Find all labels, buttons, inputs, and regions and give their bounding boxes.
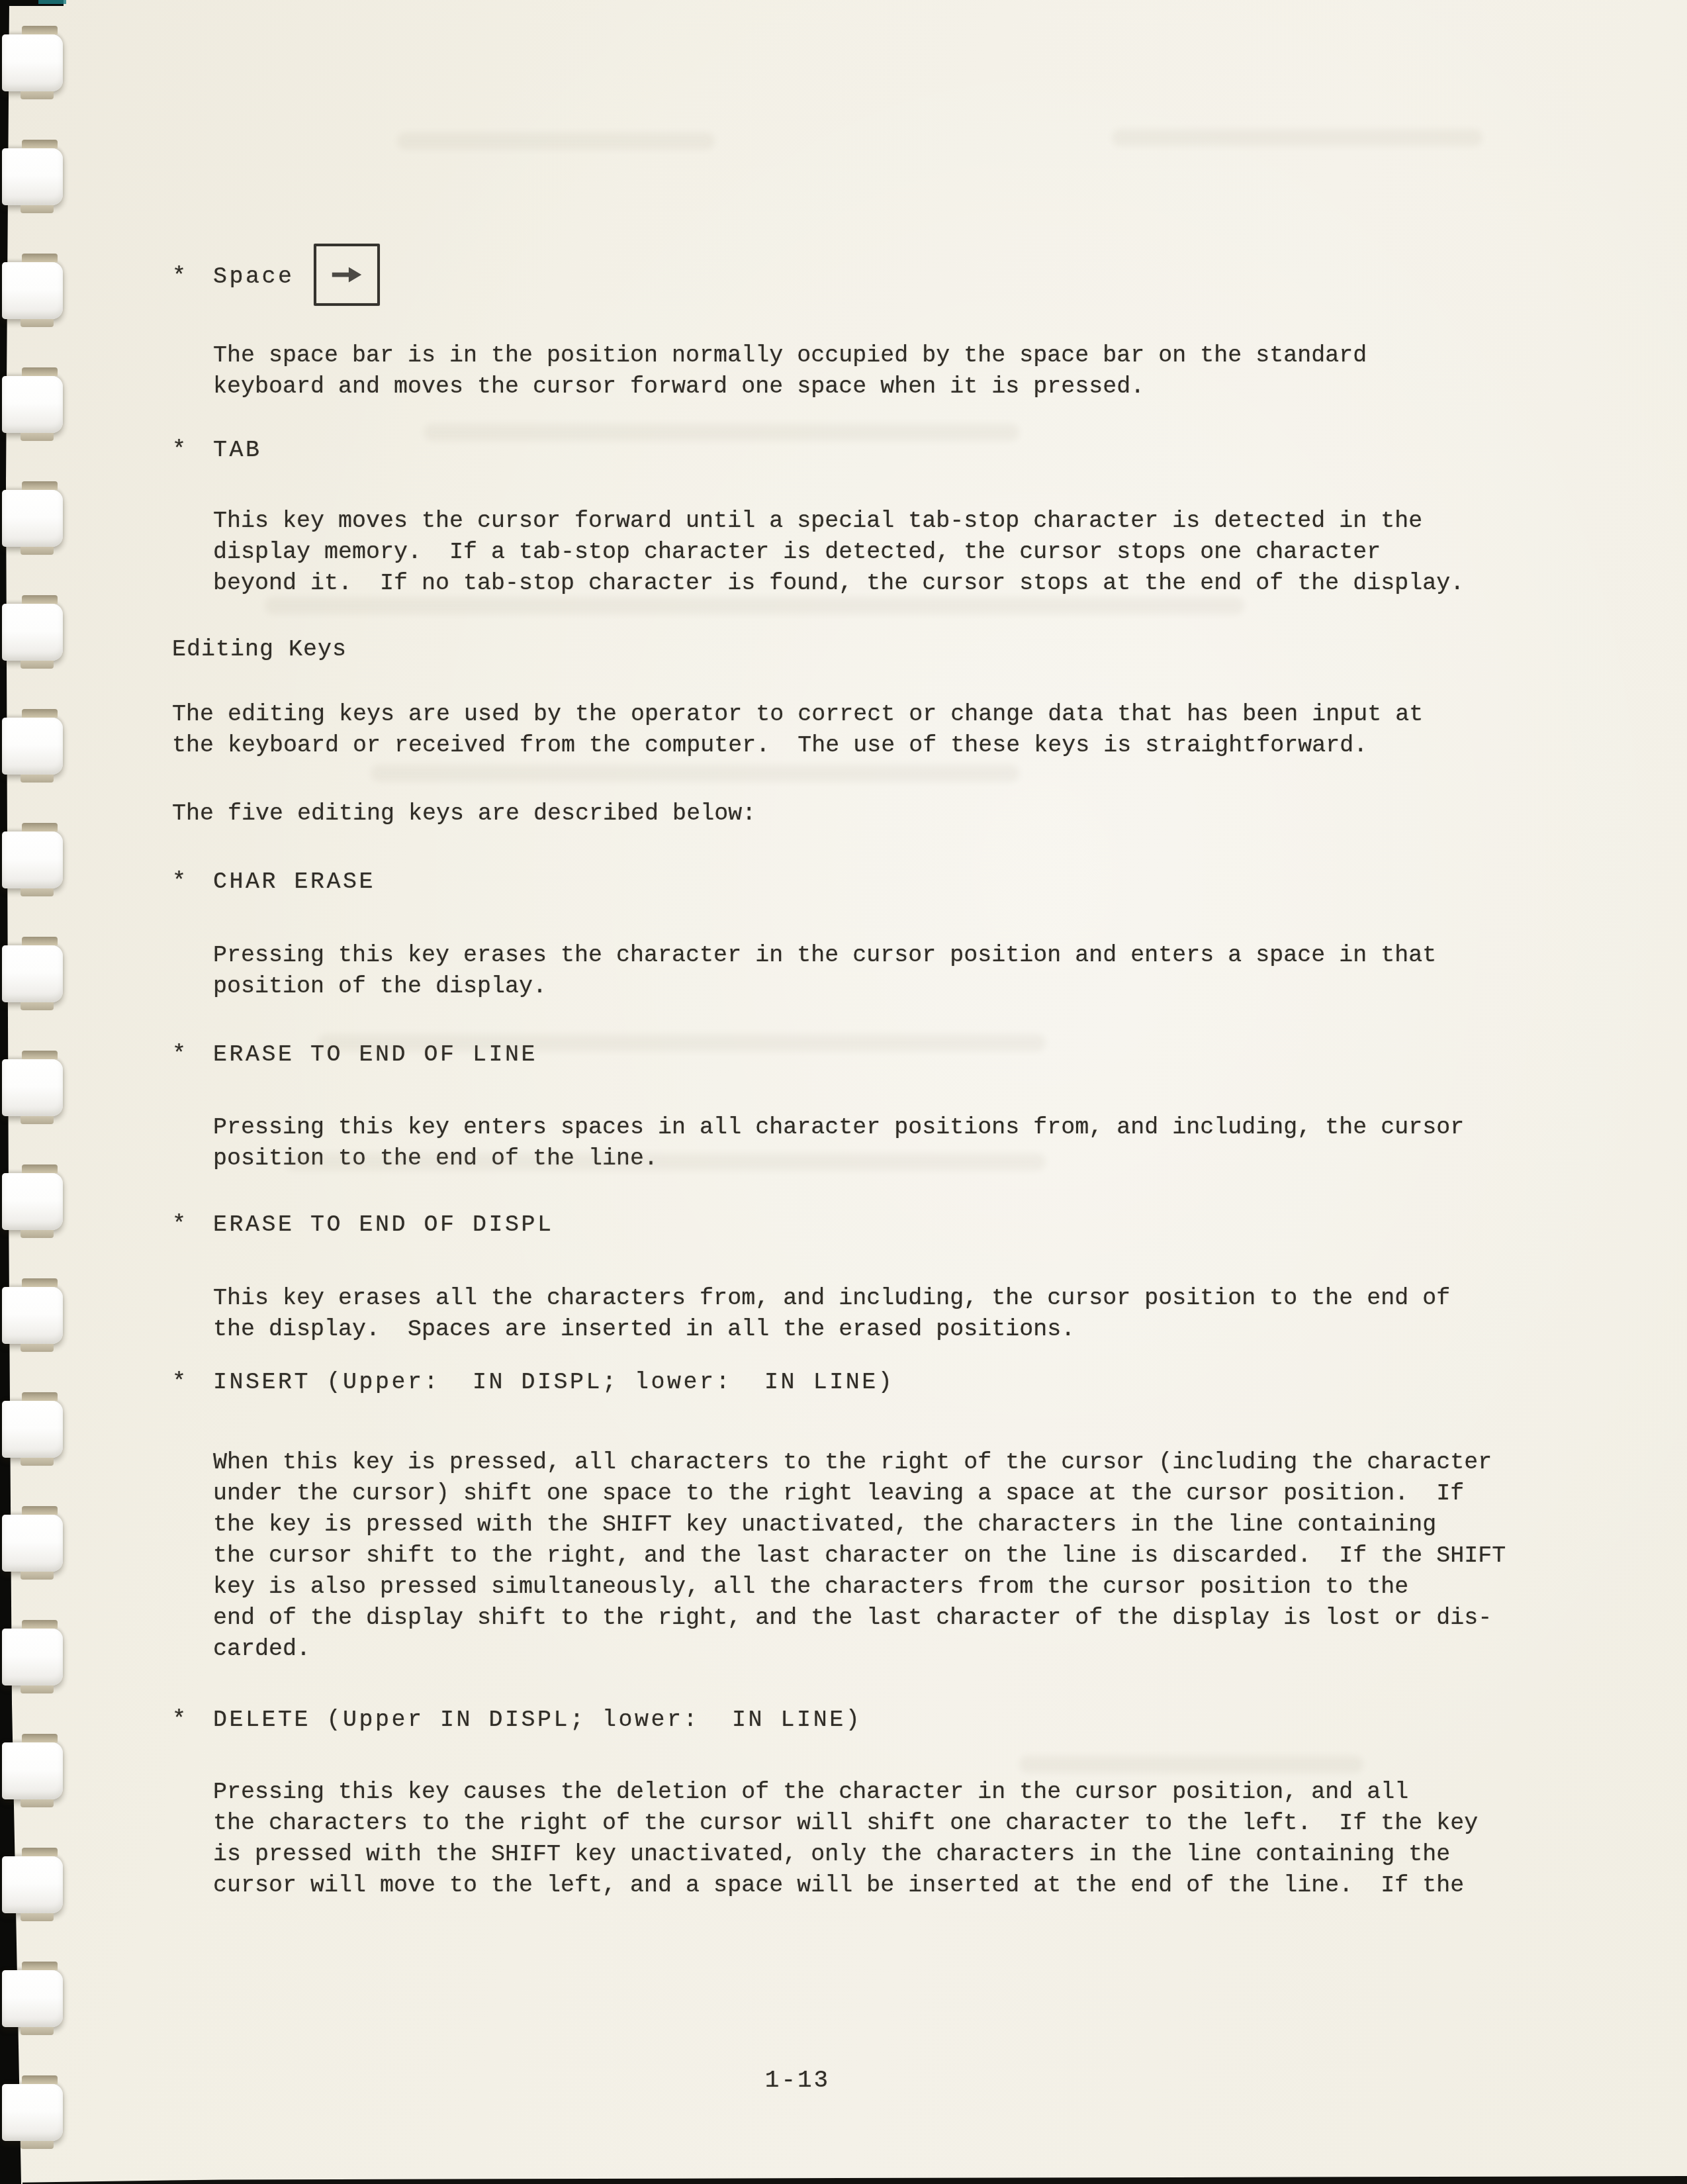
delete-description: Pressing this key causes the deletion of… [213,1777,1570,1901]
binding-loop [2,1629,63,1685]
page-number: 1-13 [119,2067,1476,2094]
bullet-asterisk: * [172,869,186,895]
bullet-asterisk: * [172,1707,186,1733]
scanned-page: * Space The space bar is in the position… [0,0,1687,2184]
bleed-through-artifact [1019,1756,1363,1773]
binding-loop [2,2084,63,2141]
bleed-through-artifact [371,765,1019,782]
space-description: The space bar is in the position normall… [213,340,1570,403]
binding-loop [2,1856,63,1913]
bullet-asterisk: * [172,1369,186,1396]
bullet-asterisk: * [172,437,186,463]
insert-description: When this key is pressed, all characters… [213,1447,1570,1665]
binding-loop [2,34,63,91]
bleed-through-artifact [285,1153,1046,1170]
key-name-char-erase: CHAR ERASE [213,869,375,895]
key-name-space: Space [213,263,295,290]
editing-keys-subheading: Editing Keys [172,634,1562,665]
binding-loop [2,1742,63,1799]
binding-loop [2,945,63,1002]
binding-loop [2,1970,63,2027]
binding-loop [2,148,63,205]
key-name-tab: TAB [213,437,262,463]
binding-loop [2,262,63,319]
binding-loop [2,490,63,547]
binding-loop [2,1059,63,1116]
binding-loop [2,1173,63,1230]
char-erase-description: Pressing this key erases the character i… [213,940,1570,1002]
right-arrow-icon [328,261,366,288]
tab-description: This key moves the cursor forward until … [213,506,1570,599]
key-name-erase-displ: ERASE TO END OF DISPL [213,1211,554,1238]
scan-edge-accent [38,0,66,4]
binding-loop [2,604,63,661]
key-name-insert: INSERT (Upper: IN DISPL; lower: IN LINE) [213,1369,894,1396]
scan-edge-bottom [23,2176,1687,2184]
bleed-through-artifact [318,1034,1046,1051]
binding-loop [2,718,63,775]
bleed-through-artifact [397,132,715,150]
binding-loop [2,831,63,888]
erase-displ-description: This key erases all the characters from,… [213,1283,1570,1345]
key-name-delete: DELETE (Upper IN DISPL; lower: IN LINE) [213,1707,862,1733]
editing-keys-intro: The editing keys are used by the operato… [172,699,1562,761]
binding-loop [2,376,63,433]
bullet-asterisk: * [172,1211,186,1238]
binding-loop [2,1287,63,1344]
bleed-through-artifact [424,424,1019,441]
space-key-symbol [314,244,380,306]
bleed-through-artifact [265,597,1244,614]
bleed-through-artifact [1112,129,1482,146]
bullet-asterisk: * [172,263,186,290]
bullet-asterisk: * [172,1041,186,1068]
binding-loop [2,1515,63,1572]
binding-loop [2,1401,63,1458]
editing-keys-list-lead: The five editing keys are described belo… [172,798,1562,830]
